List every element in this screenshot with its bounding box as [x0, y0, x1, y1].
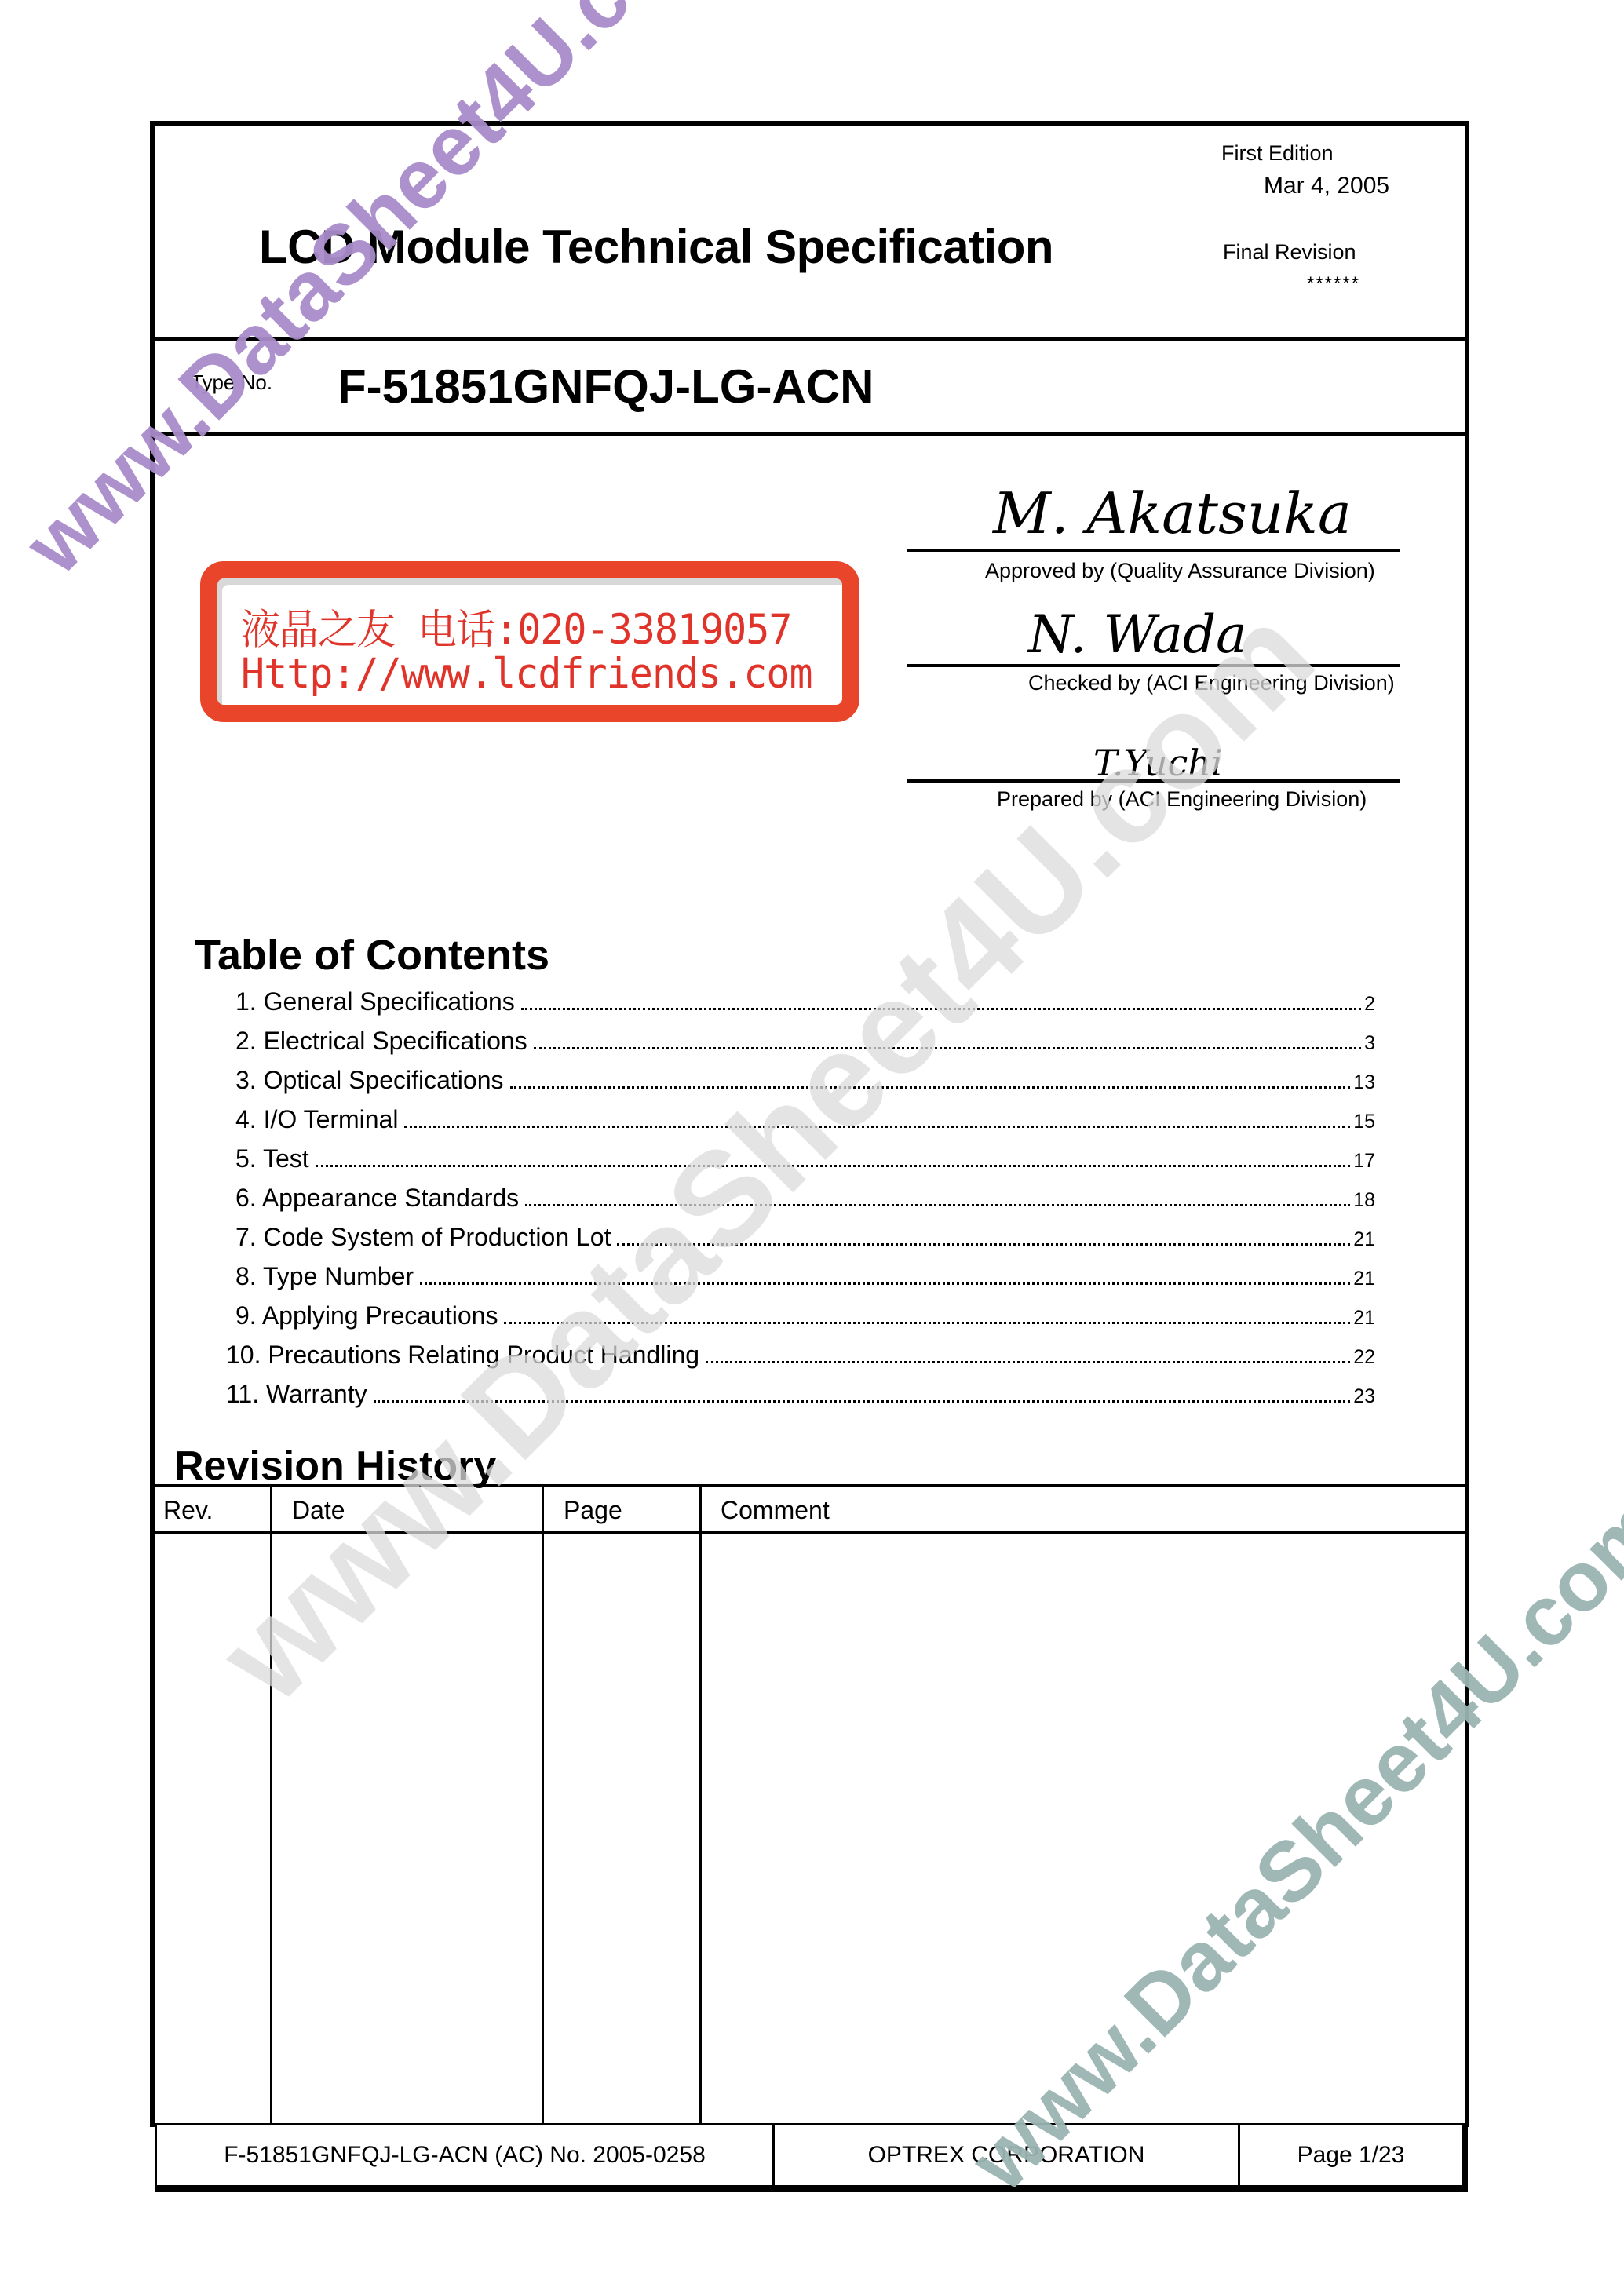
- toc-item-page: 21: [1353, 1268, 1375, 1290]
- revision-table-top: [150, 1484, 1469, 1487]
- lcdfriends-stamp: 液晶之友 电话:020-33819057 Http://www.lcdfrien…: [200, 561, 859, 722]
- revision-history-heading: Revision History: [174, 1443, 496, 1490]
- revision-header-bottom: [150, 1531, 1469, 1534]
- toc-item-label: 11. Warranty: [226, 1380, 370, 1409]
- checker-signature: N. Wada: [1028, 604, 1247, 665]
- toc-leader-dots: [534, 1047, 1361, 1049]
- toc-item-page: 13: [1353, 1071, 1375, 1094]
- toc-leader-dots: [525, 1204, 1350, 1206]
- toc-item-label: 6. Appearance Standards: [235, 1184, 522, 1213]
- toc-leader-dots: [617, 1243, 1350, 1246]
- approver-signature-line: [907, 549, 1400, 552]
- approver-caption: Approved by (Quality Assurance Division): [985, 559, 1375, 583]
- checker-signature-line: [907, 664, 1400, 667]
- footer-page-number: Page 1/23: [1240, 2125, 1462, 2185]
- header-divider: [150, 337, 1469, 341]
- toc-item-label: 4. I/O Terminal: [235, 1105, 401, 1134]
- toc-item-page: 15: [1353, 1111, 1375, 1133]
- footer-doc-number: F-51851GNFQJ-LG-ACN (AC) No. 2005-0258: [157, 2125, 772, 2185]
- toc-leader-dots: [404, 1126, 1350, 1128]
- toc-item-label: 2. Electrical Specifications: [235, 1027, 531, 1056]
- toc-item[interactable]: 11. Warranty23: [235, 1380, 1375, 1419]
- revision-col-divider: [699, 1484, 702, 2123]
- date-column-header: Date: [292, 1496, 345, 1525]
- toc-item-label: 9. Applying Precautions: [235, 1301, 501, 1330]
- preparer-caption: Prepared by (ACI Engineering Division): [997, 787, 1367, 812]
- toc-leader-dots: [510, 1086, 1351, 1089]
- toc-item[interactable]: 10. Precautions Relating Product Handlin…: [235, 1341, 1375, 1380]
- toc-item-label: 8. Type Number: [235, 1262, 417, 1291]
- toc-item-page: 2: [1364, 993, 1375, 1016]
- checker-caption: Checked by (ACI Engineering Division): [1028, 671, 1395, 695]
- first-edition-label: First Edition: [1221, 141, 1334, 166]
- toc-leader-dots: [316, 1165, 1351, 1167]
- final-revision-label: Final Revision: [1223, 240, 1356, 265]
- preparer-signature: T.Yuchi: [1093, 742, 1223, 784]
- toc-item-label: 5. Test: [235, 1144, 312, 1173]
- toc-item[interactable]: 5. Test17: [235, 1144, 1375, 1184]
- toc-item[interactable]: 8. Type Number21: [235, 1262, 1375, 1301]
- preparer-signature-line: [907, 779, 1400, 783]
- toc-item[interactable]: 2. Electrical Specifications3: [235, 1027, 1375, 1066]
- toc-item-page: 22: [1353, 1346, 1375, 1369]
- type-number: F-51851GNFQJ-LG-ACN: [338, 359, 874, 414]
- type-number-label: Type No.: [191, 370, 272, 395]
- toc-item-page: 21: [1353, 1307, 1375, 1330]
- toc-item[interactable]: 4. I/O Terminal15: [235, 1105, 1375, 1144]
- rev-column-header: Rev.: [163, 1496, 213, 1525]
- document-title: LCD Module Technical Specification: [259, 220, 1053, 274]
- revision-col-divider: [542, 1484, 544, 2123]
- toc-leader-dots: [521, 1008, 1361, 1010]
- toc-item[interactable]: 9. Applying Precautions21: [235, 1301, 1375, 1341]
- toc-item-page: 17: [1353, 1150, 1375, 1173]
- toc-leader-dots: [374, 1400, 1351, 1403]
- revision-col-divider: [270, 1484, 272, 2123]
- first-edition-date: Mar 4, 2005: [1264, 173, 1389, 199]
- toc-item-label: 10. Precautions Relating Product Handlin…: [226, 1341, 703, 1370]
- final-revision-value: ******: [1307, 273, 1360, 295]
- toc-heading: Table of Contents: [195, 931, 549, 980]
- stamp-url-line: Http://www.lcdfriends.com: [241, 650, 812, 698]
- comment-column-header: Comment: [721, 1496, 830, 1525]
- toc-item-page: 21: [1353, 1228, 1375, 1251]
- toc-leader-dots: [706, 1361, 1350, 1363]
- toc-item-label: 7. Code System of Production Lot: [235, 1223, 614, 1252]
- approver-signature: M. Akatsuka: [993, 480, 1352, 546]
- toc-item-label: 3. Optical Specifications: [235, 1066, 507, 1095]
- toc-item[interactable]: 3. Optical Specifications13: [235, 1066, 1375, 1105]
- stamp-phone-line: 液晶之友 电话:020-33819057: [241, 597, 791, 656]
- table-of-contents: 1. General Specifications22. Electrical …: [235, 987, 1375, 1419]
- toc-item-label: 1. General Specifications: [235, 987, 518, 1016]
- toc-item-page: 3: [1364, 1032, 1375, 1055]
- page-footer: F-51851GNFQJ-LG-ACN (AC) No. 2005-0258 O…: [155, 2123, 1468, 2192]
- toc-leader-dots: [420, 1282, 1350, 1285]
- toc-item-page: 23: [1353, 1385, 1375, 1408]
- toc-item[interactable]: 7. Code System of Production Lot21: [235, 1223, 1375, 1262]
- toc-leader-dots: [504, 1322, 1350, 1324]
- toc-item[interactable]: 6. Appearance Standards18: [235, 1184, 1375, 1223]
- toc-item-page: 18: [1353, 1189, 1375, 1212]
- page-column-header: Page: [564, 1496, 622, 1525]
- type-divider: [150, 432, 1469, 436]
- footer-company: OPTREX CORPORATION: [775, 2125, 1238, 2185]
- toc-item[interactable]: 1. General Specifications2: [235, 987, 1375, 1027]
